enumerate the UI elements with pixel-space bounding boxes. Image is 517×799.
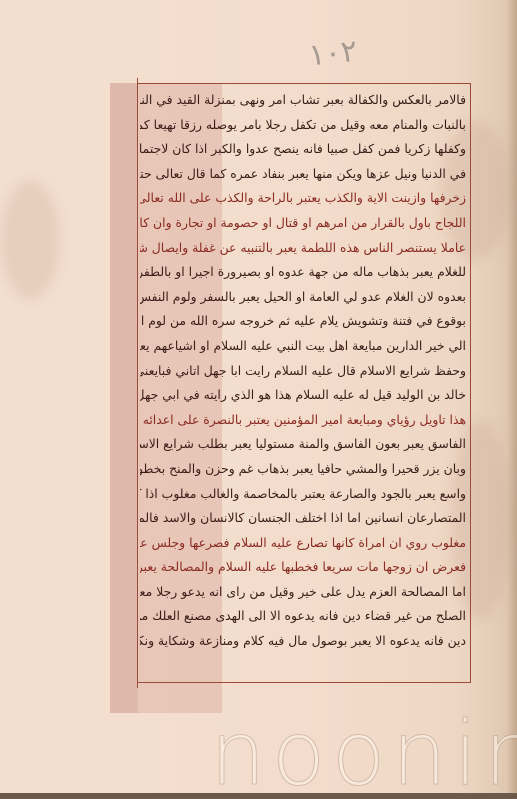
text-line: في الدنيا ونيل عزها ويكن منها يعبر بنفاد… — [140, 162, 466, 187]
text-line: بوقوع في فتنة وتشويش يلام عليه ثم خروجه … — [140, 309, 466, 334]
text-line: بالنبات والمنام معه وقيل من تكفل رجلا با… — [140, 113, 466, 138]
text-line: للغلام يعبر بذهاب ماله من جهة عدوه او بص… — [140, 260, 466, 285]
text-line: هذا تاويل رؤياي ومبايعة امير المؤمنين يع… — [140, 408, 466, 433]
text-line: مغلوب روي ان امراة كانها تصارع عليه السل… — [140, 531, 466, 556]
text-line: دين فانه يدعوه الا يعبر بوصول مال فيه كل… — [140, 629, 466, 654]
text-line: واسع يعبر بالجود والصارعة يعتبر بالمخاصم… — [140, 482, 466, 507]
text-line: الفاسق يعبر بعون الفاسق والمنة مستوليا ي… — [140, 432, 466, 457]
paper-stain — [0, 180, 60, 300]
text-line: فعرض ان زوجها مات سريعا فخطبها عليه السل… — [140, 555, 466, 580]
text-line: اما المصالحة العزم يدل على خير وقيل من ر… — [140, 580, 466, 605]
text-line: وبان يزر قحيرا والمشي حافيا يعبر بذهاب غ… — [140, 457, 466, 482]
text-line: وكفلها زكريا فمن كفل صبيا فانه ينصح عدوا… — [140, 137, 466, 162]
text-line: فالامر بالعكس والكفالة بعبر تشاب امر ونه… — [140, 88, 466, 113]
text-line: خالد بن الوليد قيل له عليه السلام هذا هو… — [140, 383, 466, 408]
text-line: عاملا يستنصر الناس هذه اللطمة يعبر بالتن… — [140, 236, 466, 261]
page-right-edge — [507, 0, 517, 799]
manuscript-text-block: فالامر بالعكس والكفالة بعبر تشاب امر ونه… — [140, 88, 466, 680]
text-line: الصلح من غير قضاء دين فانه يدعوه الا الى… — [140, 604, 466, 629]
text-line: المتصارعان انسانين اما اذا اختلف الجنسان… — [140, 506, 466, 531]
text-line: بعدوه لان الغلام عدو لي العامة او الحيل … — [140, 285, 466, 310]
text-line: اللجاج باول بالقرار من امرهم او قتال او … — [140, 211, 466, 236]
watermark: noonin — [210, 710, 517, 798]
page-bottom-edge — [0, 793, 517, 799]
frame-corner-tick — [137, 78, 138, 86]
text-line: زخرفها وازينت الاية والكذب يعتبر بالراحة… — [140, 186, 466, 211]
text-line: الي خير الدارين مبايعة اهل بيت النبي علي… — [140, 334, 466, 359]
text-line: وحفظ شرايع الاسلام قال عليه السلام رايت … — [140, 359, 466, 384]
frame-corner-tick — [137, 680, 138, 688]
highlight-overlay-strip — [110, 83, 138, 713]
